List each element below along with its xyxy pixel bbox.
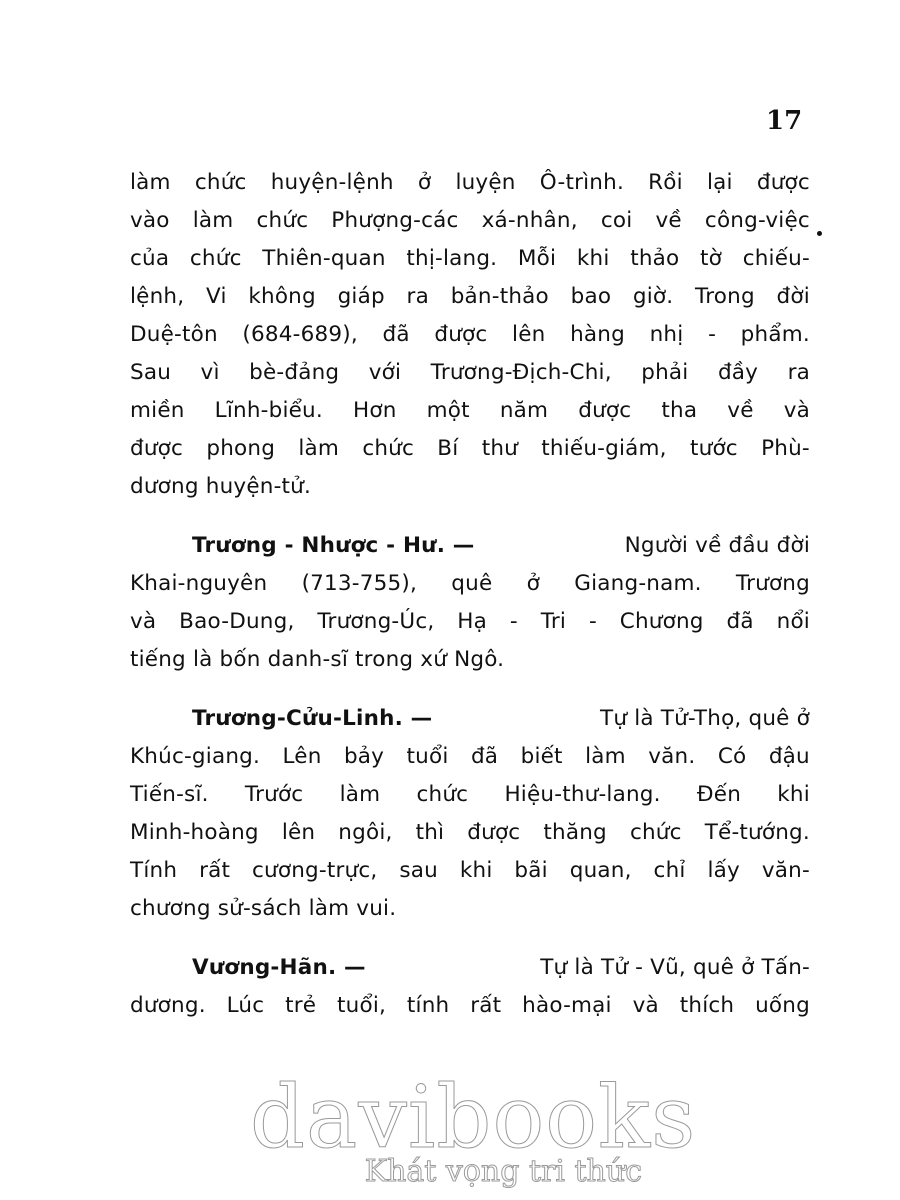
text-line: lệnh,Vikhônggiáprabản-thảobaogiờ.Trongđờ… [130,278,810,316]
text-line: chương sử-sách làm vui. [130,890,810,928]
entry-truong-nhuoc-hu: Trương - Nhược - Hư. — Người về đầu đời … [130,527,810,679]
page-number: 17 [766,106,802,136]
entry-first-line: Trương - Nhược - Hư. — Người về đầu đời [130,527,810,565]
text-line: làmchứchuyện-lệnhởluyệnÔ-trình.Rồilạiđượ… [130,164,810,202]
entry-first-line: Vương-Hãn. — Tự là Tử - Vũ, quê ở Tấn- [130,949,810,987]
text-line: dương huyện-tử. [130,468,810,506]
text-line: miềnLĩnh-biểu.Hơnmộtnămđượcthavềvà [130,392,810,430]
entry-truong-cuu-linh: Trương-Cửu-Linh. — Tự là Tử-Thọ, quê ở K… [130,700,810,928]
davibooks-watermark: davibooks Khát vọng tri thức [250,1075,670,1189]
entry-first-line: Trương-Cửu-Linh. — Tự là Tử-Thọ, quê ở [130,700,810,738]
print-speck [817,231,822,236]
text-line: Duệ-tôn(684-689),đãđượclênhàngnhị-phẩm. [130,316,810,354]
entry-heading: Trương-Cửu-Linh. — [192,700,432,738]
text-line: Tiến-sĩ.TrướclàmchứcHiệu-thư-lang.Đếnkhi [130,776,810,814]
text-line: Minh-hoànglênngôi,thìđượcthăngchứcTể-tướ… [130,814,810,852]
book-page-body: làmchứchuyện-lệnhởluyệnÔ-trình.Rồilạiđượ… [130,164,810,1025]
text-line: Tínhrấtcương-trực,saukhibãiquan,chỉlấyvă… [130,852,810,890]
text-fragment: Tự là Tử-Thọ, quê ở [600,700,810,738]
text-line: củachứcThiên-quanthị-lang.Mỗikhithảotờch… [130,240,810,278]
text-fragment: Người về đầu đời [625,527,810,565]
text-line: dương.Lúctrẻtuổi,tínhrấthào-mạivàthíchuố… [130,987,810,1025]
text-line: Sauvìbè-đảngvớiTrương-Địch-Chi,phảiđầyra [130,354,810,392]
text-line: vàBao-Dung,Trương-Úc,Hạ-Tri-Chươngđãnổi [130,603,810,641]
entry-heading: Vương-Hãn. — [192,949,366,987]
text-line: Khai-nguyên(713-755),quêởGiang-nam.Trươn… [130,565,810,603]
text-line: vàolàmchứcPhượng-cácxá-nhân,coivềcông-vi… [130,202,810,240]
entry-vuong-han: Vương-Hãn. — Tự là Tử - Vũ, quê ở Tấn- d… [130,949,810,1025]
watermark-title: davibooks [250,1075,670,1161]
text-line: Khúc-giang.Lênbảytuổiđãbiếtlàmvăn.Cóđậu [130,738,810,776]
text-fragment: Tự là Tử - Vũ, quê ở Tấn- [540,949,810,987]
entry-heading: Trương - Nhược - Hư. — [192,527,474,565]
text-line: đượcphonglàmchứcBíthưthiếu-giám,tướcPhù- [130,430,810,468]
text-line: tiếng là bốn danh-sĩ trong xứ Ngô. [130,641,810,679]
paragraph-continuation: làmchứchuyện-lệnhởluyệnÔ-trình.Rồilạiđượ… [130,164,810,506]
